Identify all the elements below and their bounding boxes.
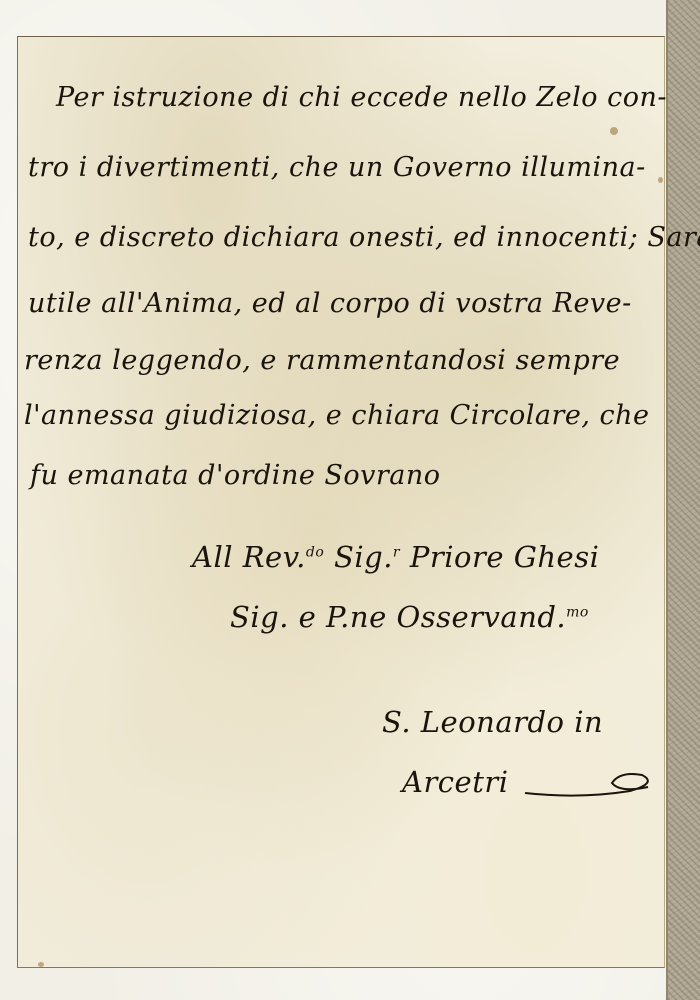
address-line-2: Sig. e P.ne Osservand.mo	[230, 600, 589, 634]
stone-background-edge	[666, 0, 700, 1000]
body-line-1: Per istruzione di chi eccede nello Zelo …	[56, 82, 667, 113]
address-sig-2: Sig.	[230, 600, 289, 634]
body-line-3: to, e discreto dichiara onesti, ed innoc…	[28, 222, 700, 253]
ink-stain	[658, 177, 663, 183]
address-line-1: All Rev.do Sig.r Priore Ghesi	[192, 540, 599, 574]
address-osservandissimo-sup: mo	[566, 604, 589, 620]
address-sig-sup: r	[393, 544, 400, 560]
address-name: Priore Ghesi	[410, 540, 600, 574]
body-line-5: renza leggendo, e rammentandosi sempre	[24, 345, 620, 376]
body-line-7: fu emanata d'ordine Sovrano	[30, 460, 441, 491]
address-sig: Sig.	[334, 540, 393, 574]
address-rev: All Rev.	[192, 540, 306, 574]
body-line-4: utile all'Anima, ed al corpo di vostra R…	[28, 288, 632, 319]
signature-flourish	[520, 765, 660, 805]
address-osservandissimo: Osservand.	[396, 600, 566, 634]
ink-stain	[38, 962, 44, 967]
place-line-2: Arcetri	[402, 765, 509, 799]
body-line-6: l'annessa giudiziosa, e chiara Circolare…	[24, 400, 650, 431]
address-padrone: e P.ne	[299, 600, 387, 634]
place-line-1: S. Leonardo in	[382, 705, 603, 739]
body-line-2: tro i divertimenti, che un Governo illum…	[28, 152, 646, 183]
ink-stain	[610, 127, 618, 135]
address-rev-sup: do	[306, 544, 324, 560]
